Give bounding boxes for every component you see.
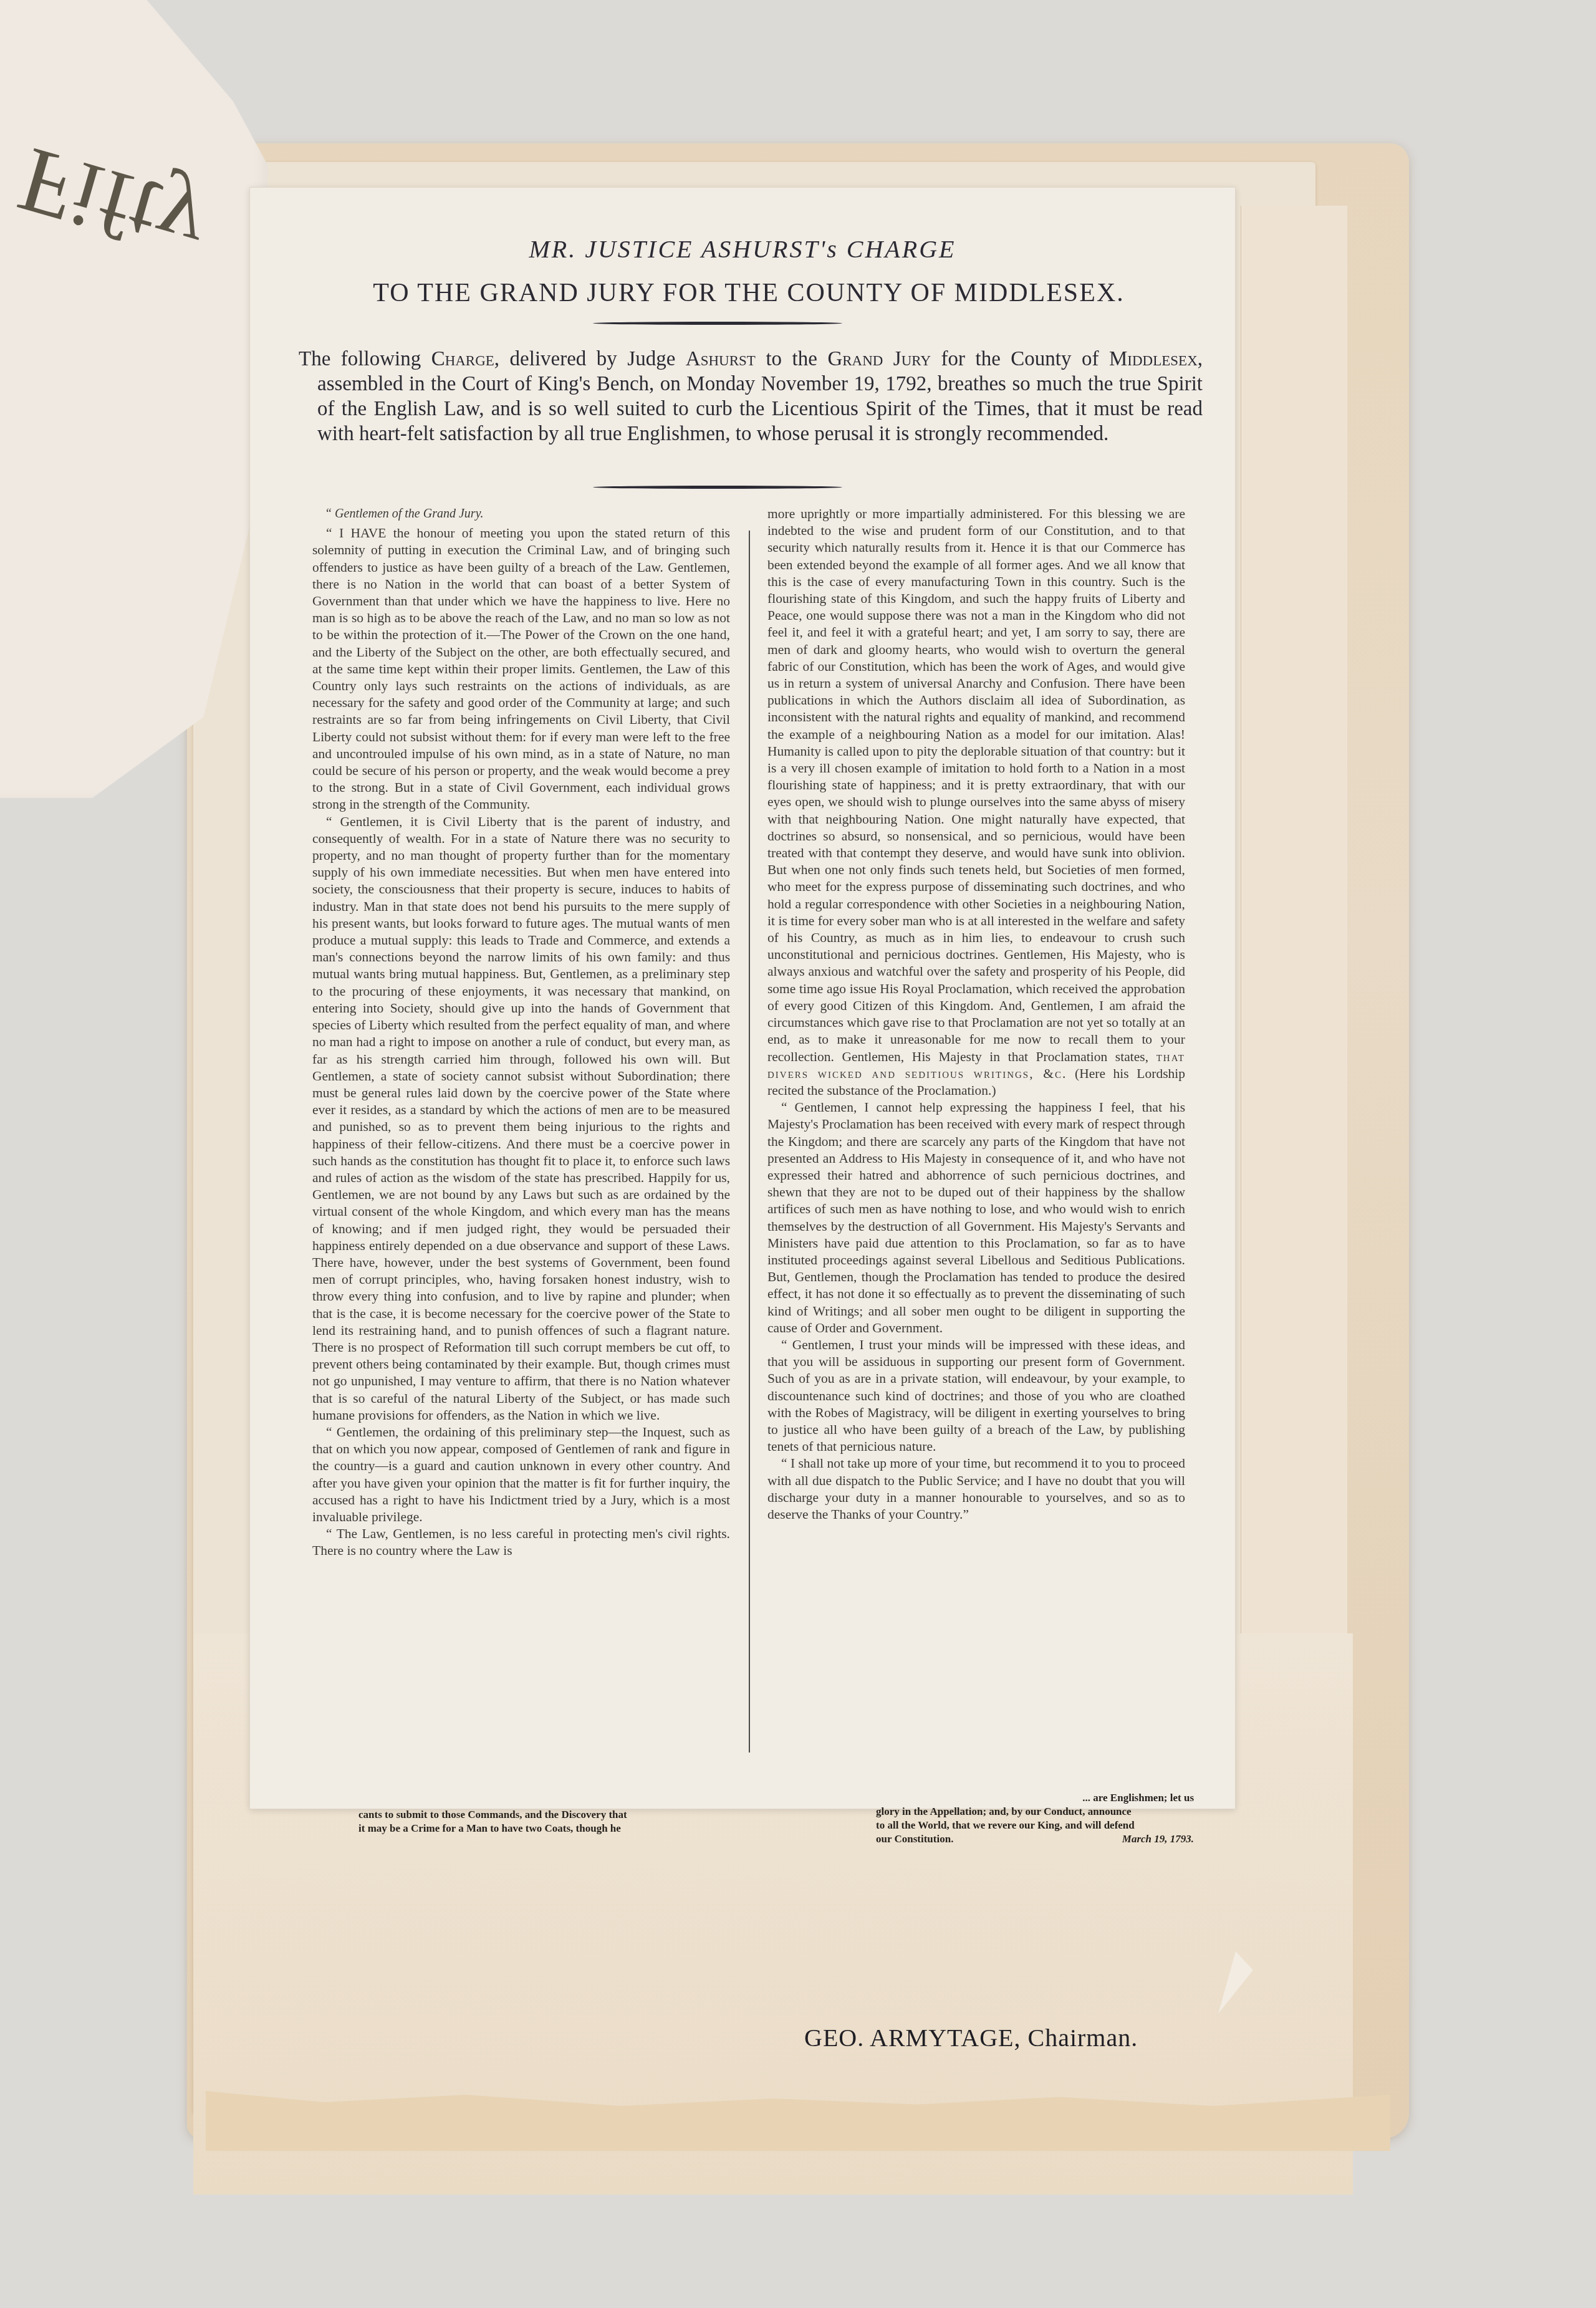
underlying-text-fragment-right: ... are Englishmen; let us glory in the … bbox=[876, 1791, 1194, 1846]
paragraph: “ Gentlemen, the ordaining of this preli… bbox=[312, 1424, 730, 1526]
column-divider bbox=[749, 531, 750, 1753]
salutation: “ Gentlemen of the Grand Jury. bbox=[312, 506, 730, 522]
right-column: more uprightly or more impartially admin… bbox=[767, 506, 1185, 1523]
signature: GEO. ARMYTAGE, Chairman. bbox=[804, 2023, 1138, 2052]
fragment-line: cants to submit to those Commands, and t… bbox=[358, 1808, 683, 1822]
left-column: “ Gentlemen of the Grand Jury. “ I HAVE … bbox=[312, 506, 730, 1560]
paragraph: “ Gentlemen, I trust your minds will be … bbox=[767, 1337, 1185, 1455]
charge-broadsheet: MR. JUSTICE ASHURST's CHARGE TO THE GRAN… bbox=[249, 187, 1236, 1809]
paragraph: “ I HAVE the honour of meeting you upon … bbox=[312, 525, 730, 813]
ornamental-rule bbox=[593, 486, 842, 489]
document-title-line1: MR. JUSTICE ASHURST's CHARGE bbox=[250, 234, 1235, 264]
document-title-line2: TO THE GRAND JURY FOR THE COUNTY OF MIDD… bbox=[344, 278, 1154, 308]
fragment-line: our Constitution.March 19, 1793. bbox=[876, 1832, 1194, 1846]
text-columns: “ Gentlemen of the Grand Jury. “ I HAVE … bbox=[312, 506, 1235, 1802]
fragment-line: to all the World, that we revere our Kin… bbox=[876, 1819, 1194, 1832]
fragment-line: ... are Englishmen; let us bbox=[876, 1791, 1194, 1805]
folded-edge-strip bbox=[1241, 206, 1347, 1827]
intro-paragraph: The following Charge, delivered by Judge… bbox=[299, 347, 1203, 446]
fragment-line: glory in the Appellation; and, by our Co… bbox=[876, 1805, 1194, 1819]
paragraph: “ The Law, Gentlemen, is no less careful… bbox=[312, 1526, 730, 1559]
paragraph: “ Gentlemen, I cannot help expressing th… bbox=[767, 1099, 1185, 1337]
date: March 19, 1793. bbox=[1122, 1832, 1194, 1846]
fragment-line: it may be a Crime for a Man to have two … bbox=[358, 1822, 683, 1835]
paragraph: “ Gentlemen, it is Civil Liberty that is… bbox=[312, 814, 730, 1424]
paragraph: more uprightly or more impartially admin… bbox=[767, 506, 1185, 1099]
underlying-text-fragment-left: cants to submit to those Commands, and t… bbox=[358, 1808, 683, 1835]
paragraph: “ I shall not take up more of your time,… bbox=[767, 1455, 1185, 1523]
ornamental-rule bbox=[593, 322, 842, 325]
